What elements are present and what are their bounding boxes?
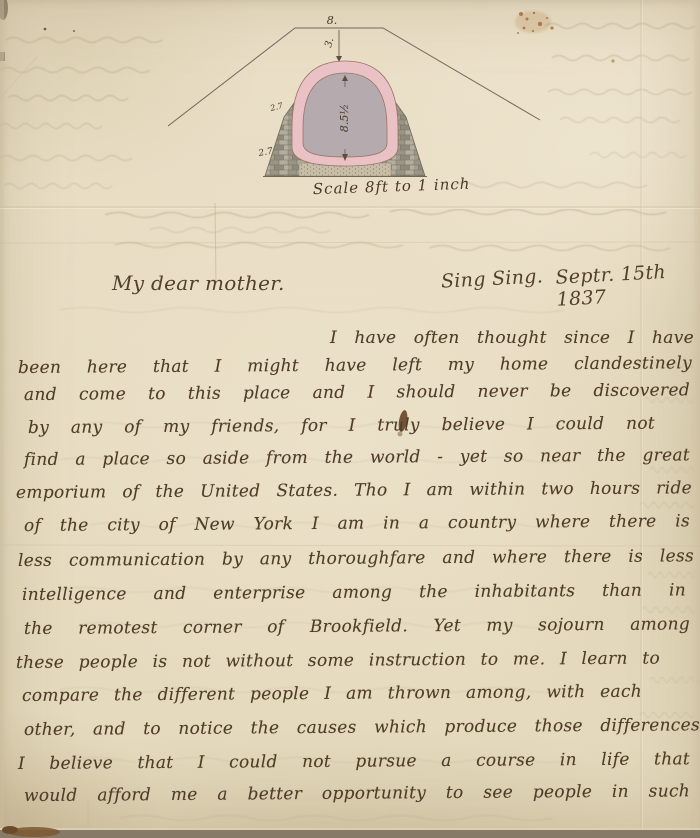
letter-page: 8. 3. 8.5½ 2.7 2.7 Scale 8ft to 1 inch [0, 0, 700, 838]
letter-line: compare the different people I am thrown… [22, 680, 642, 708]
letter-line: emporium of the United States. Tho I am … [16, 476, 692, 505]
letter-line: been here that I might have left my home… [18, 351, 692, 380]
letter-line: these people is not without some instruc… [16, 647, 660, 675]
letter-line: I believe that I could not pursue a cour… [18, 747, 690, 776]
letter-line: the remotest corner of Brookfield. Yet m… [24, 612, 690, 641]
letter-line: find a place so aside from the world - y… [24, 443, 690, 472]
top-width-label: 8. [327, 14, 338, 27]
letter-line: other, and to notice the causes which pr… [24, 713, 700, 742]
wall-thickness-upper-label: 2.7 [268, 101, 284, 113]
salutation: My dear mother. [112, 271, 285, 295]
letter-line: by any of my friends, for I truly believ… [28, 412, 655, 440]
dateline-date: Septr. 15th 1837 [555, 259, 700, 310]
letter-line: would afford me a better opportunity to … [24, 779, 690, 808]
tunnel-drawing: 8. 3. 8.5½ 2.7 2.7 Scale 8ft to 1 inch [168, 14, 540, 198]
letter-line: and come to this place and I should neve… [24, 378, 690, 407]
letter-line: intelligence and enterprise among the in… [22, 578, 686, 607]
interior-height-label: 8.5½ [338, 104, 351, 132]
letter-line: of the city of New York I am in a countr… [24, 509, 690, 538]
page-bottom-edge [0, 826, 700, 838]
letter-line: less communication by any thoroughfare a… [18, 544, 694, 573]
scale-caption: Scale 8ft to 1 inch [313, 175, 471, 198]
crown-depth-label: 3. [323, 37, 336, 49]
letter-line: I have often thought since I have [330, 326, 694, 350]
